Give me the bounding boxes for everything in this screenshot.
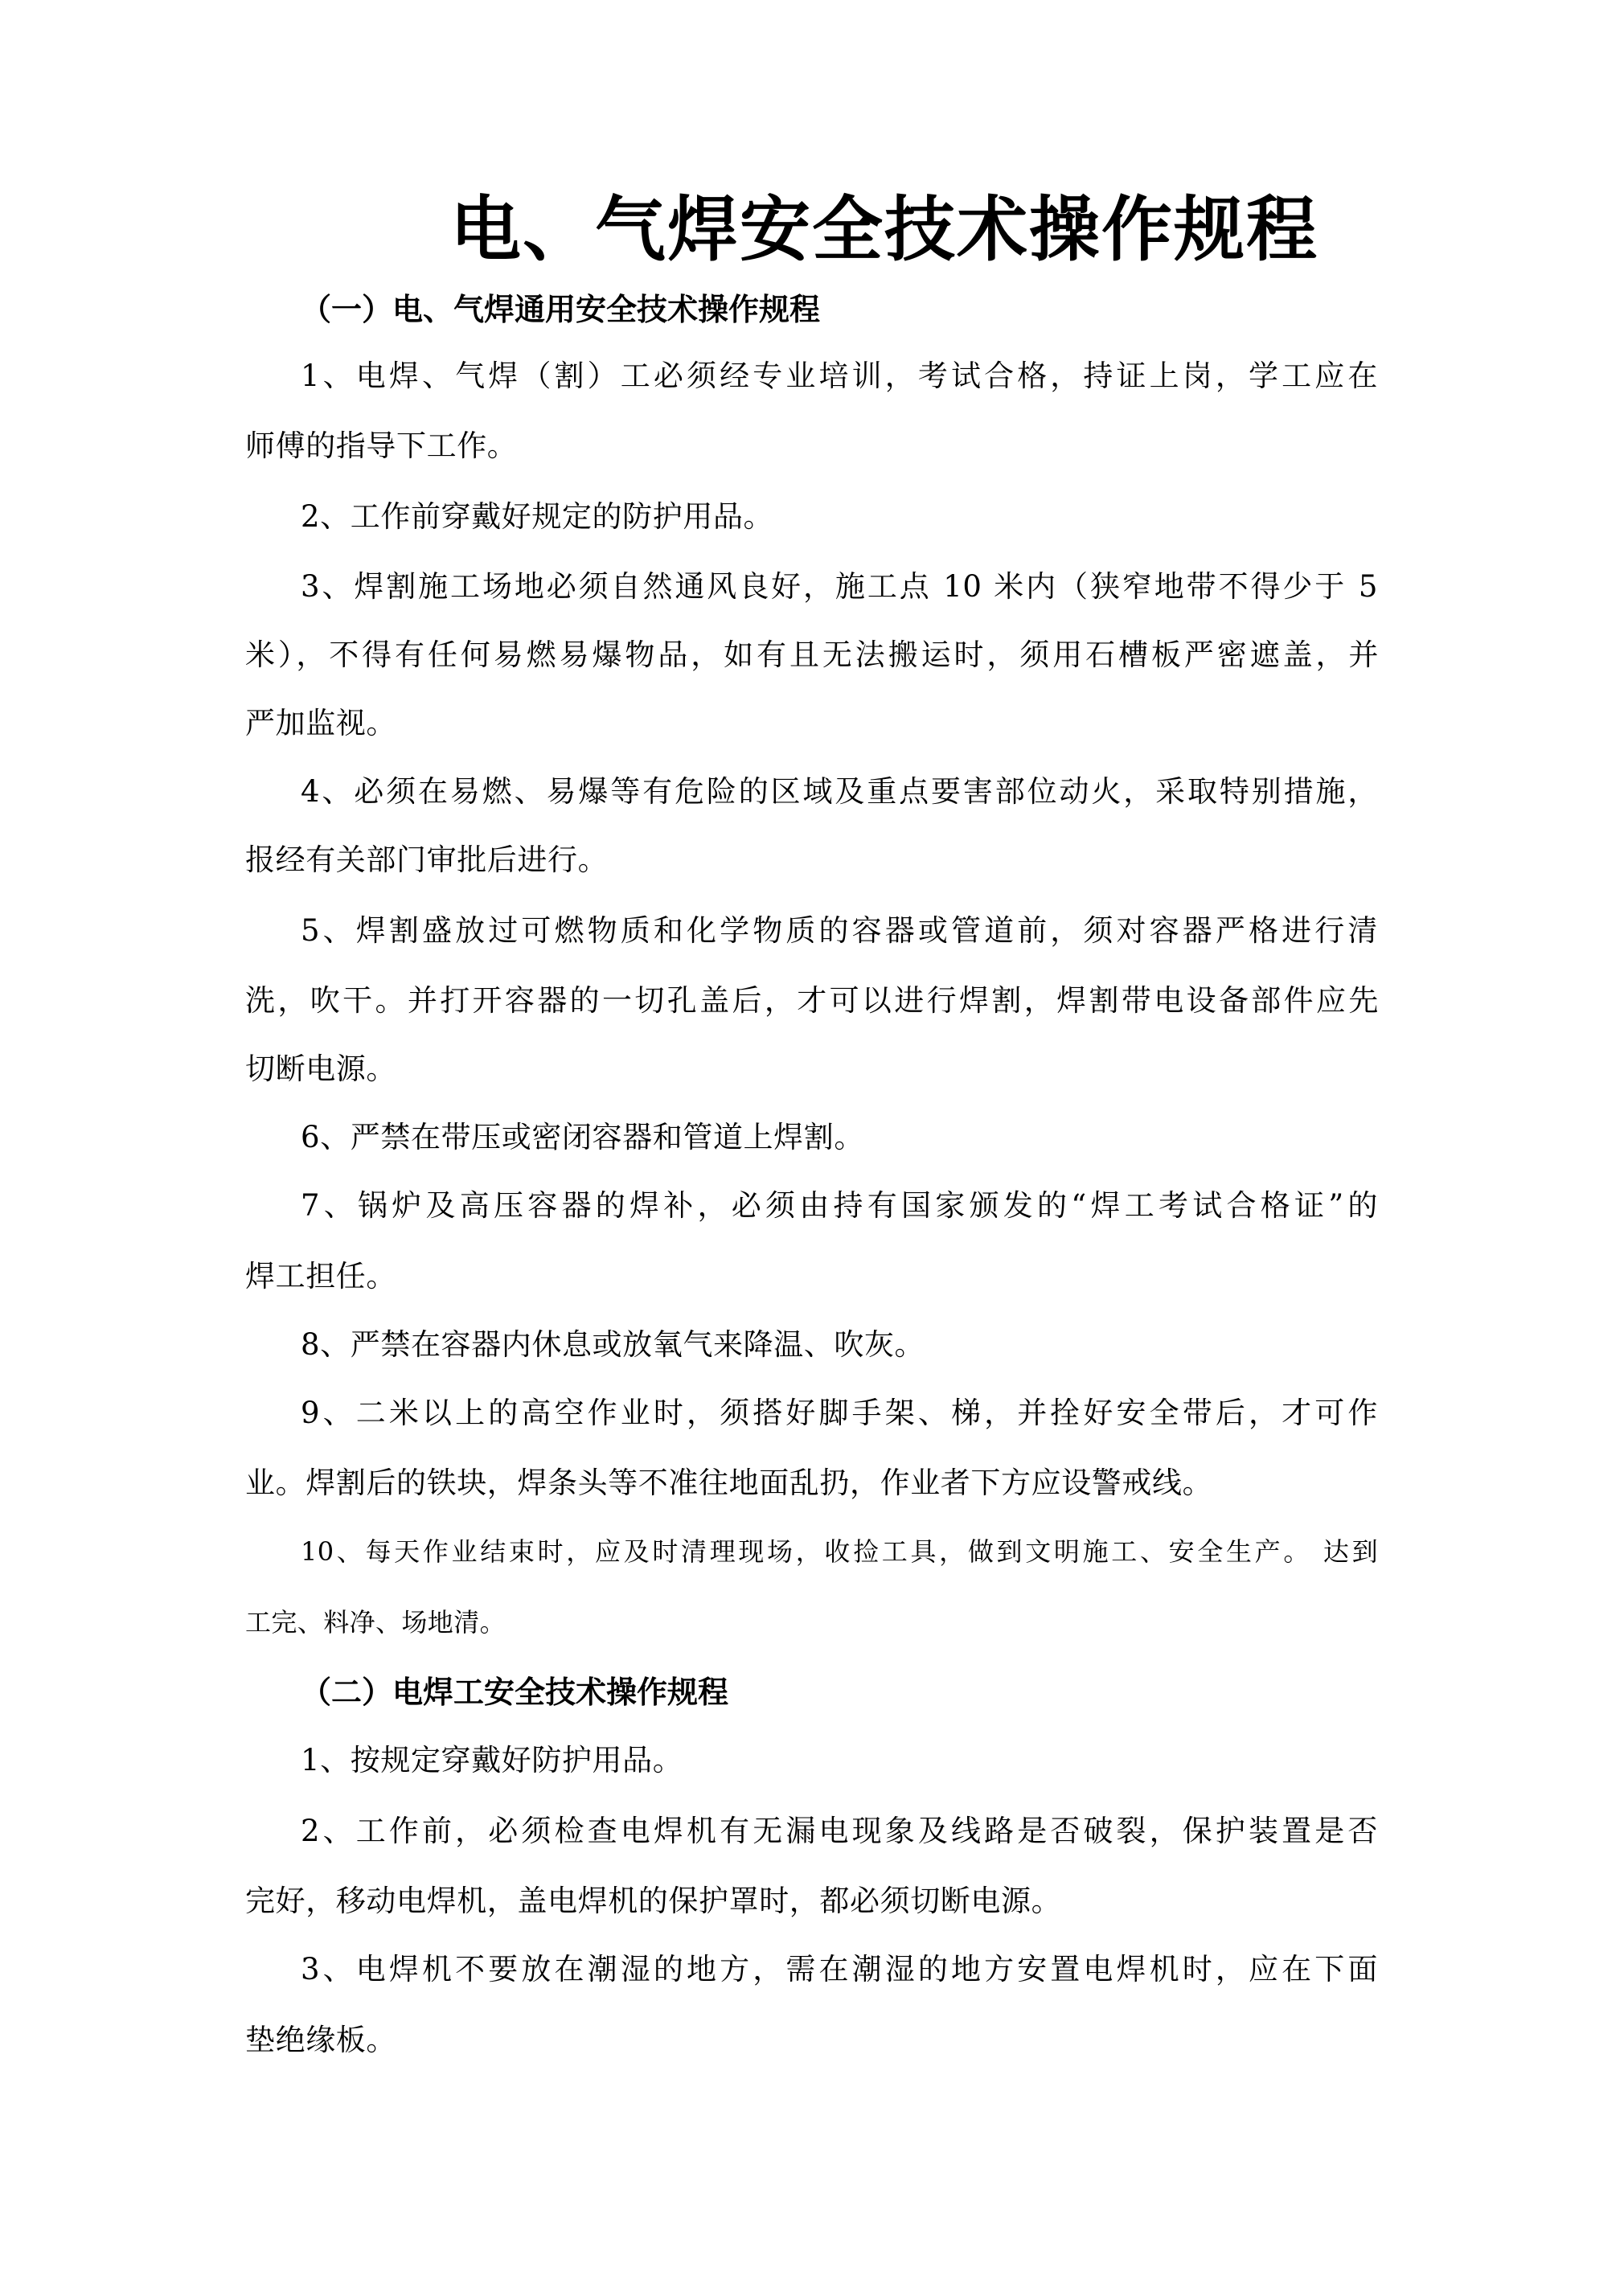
rule-3-line-3: 严加监视。	[245, 703, 396, 744]
rule-9-line-1: 9、二米以上的高空作业时，须搭好脚手架、梯，并拴好安全带后，才可作	[301, 1393, 1378, 1433]
rule-3-line-1: 3、焊割施工场地必须自然通风良好，施工点 10 米内（狭窄地带不得少于 5	[301, 567, 1378, 607]
document-page: 电、气焊安全技术操作规程 （一）电、气焊通用安全技术操作规程 1、电焊、气焊（割…	[0, 0, 1624, 2296]
rule-9-line-2: 业。焊割后的铁块，焊条头等不准往地面乱扔，作业者下方应设警戒线。	[245, 1463, 1212, 1503]
rule-5-line-3: 切断电源。	[245, 1049, 396, 1089]
welder-rule-2-line-1: 2、工作前，必须检查电焊机有无漏电现象及线路是否破裂，保护装置是否	[301, 1811, 1378, 1851]
rule-5-line-1: 5、焊割盛放过可燃物质和化学物质的容器或管道前，须对容器严格进行清	[301, 911, 1378, 951]
rule-3-line-2: 米），不得有任何易燃易爆物品，如有且无法搬运时，须用石槽板严密遮盖，并	[245, 635, 1379, 675]
welder-rule-3-line-1: 3、电焊机不要放在潮湿的地方，需在潮湿的地方安置电焊机时，应在下面	[301, 1950, 1378, 1990]
rule-1-line-2: 师傅的指导下工作。	[245, 426, 517, 466]
document-title: 电、气焊安全技术操作规程	[450, 182, 1318, 278]
rule-10-line-1: 10、每天作业结束时，应及时清理现场，收捡工具，做到文明施工、安全生产。 达到	[301, 1531, 1378, 1572]
welder-rule-2-line-2: 完好，移动电焊机，盖电焊机的保护罩时，都必须切断电源。	[245, 1881, 1061, 1921]
rule-8-line-1: 8、严禁在容器内休息或放氧气来降温、吹灰。	[301, 1325, 925, 1365]
section-heading-general: （一）电、气焊通用安全技术操作规程	[301, 289, 820, 330]
welder-rule-1-line-1: 1、按规定穿戴好防护用品。	[301, 1740, 683, 1781]
rule-10-line-2: 工完、料净、场地清。	[245, 1602, 506, 1642]
rule-4-line-1: 4、必须在易燃、易爆等有危险的区域及重点要害部位动火，采取特别措施，	[301, 772, 1378, 812]
rule-7-line-1: 7、锅炉及高压容器的焊补，必须由持有国家颁发的“焊工考试合格证”的	[301, 1186, 1378, 1226]
welder-rule-3-line-2: 垫绝缘板。	[245, 2020, 396, 2060]
rule-2-line-1: 2、工作前穿戴好规定的防护用品。	[301, 497, 773, 537]
rule-7-line-2: 焊工担任。	[245, 1257, 396, 1297]
rule-4-line-2: 报经有关部门审批后进行。	[245, 840, 608, 880]
rule-6-line-1: 6、严禁在带压或密闭容器和管道上焊割。	[301, 1117, 864, 1158]
section-heading-electric-welder: （二）电焊工安全技术操作规程	[301, 1672, 728, 1712]
rule-1-line-1: 1、电焊、气焊（割）工必须经专业培训，考试合格，持证上岗，学工应在	[301, 356, 1378, 396]
rule-5-line-2: 洗，吹干。并打开容器的一切孔盖后，才可以进行焊割，焊割带电设备部件应先	[245, 981, 1379, 1021]
